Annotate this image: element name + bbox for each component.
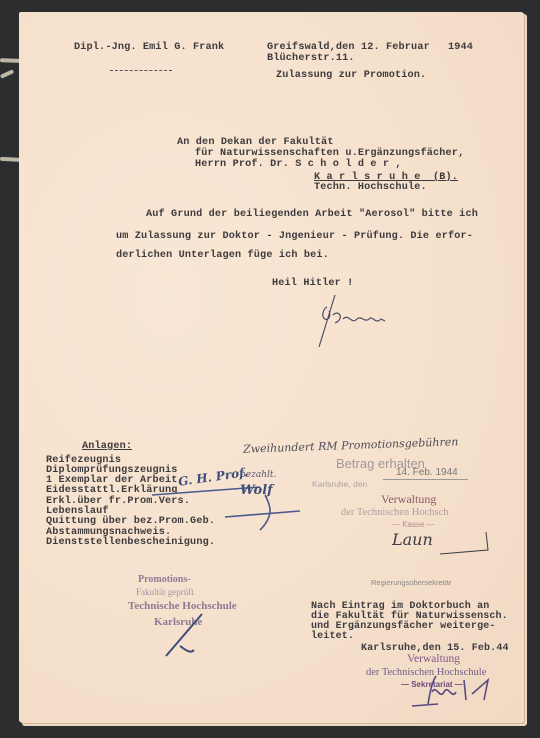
faculty-stamp-pen-stroke bbox=[160, 610, 220, 660]
attachments-title: Anlagen: bbox=[82, 441, 132, 453]
year: 1944 bbox=[448, 42, 473, 54]
payment-stamp-dept: — Kasse — bbox=[392, 520, 435, 529]
sender-street: Blücherstr.11. bbox=[267, 53, 355, 65]
applicant-signature bbox=[315, 295, 395, 355]
registry-line4: leitet. bbox=[311, 631, 354, 643]
sender-name: Dipl.-Jng. Emil G. Frank bbox=[74, 42, 224, 54]
payment-stamp-institution: der Technischen Hochsch bbox=[341, 507, 449, 518]
body-line2: um Zulassung zur Doktor - Jngenieur - Pr… bbox=[116, 231, 473, 243]
binding-thread-loose bbox=[0, 69, 14, 79]
handwritten-signature-2: Wolf bbox=[240, 483, 273, 498]
recipient-line3: Herrn Prof. Dr. S c h o l d e r , bbox=[195, 159, 402, 171]
cashier-role: Regierungsobersekretär bbox=[371, 578, 451, 587]
body-line1: Auf Grund der beiliegenden Arbeit "Aeros… bbox=[146, 209, 478, 221]
recipient-institution: Techn. Hochschule. bbox=[314, 182, 427, 194]
registry-stamp-office: Verwaltung bbox=[407, 653, 460, 665]
cashier-signature: Laun bbox=[392, 530, 433, 549]
closing: Heil Hitler ! bbox=[272, 278, 353, 290]
payment-stamp-place: Karlsruhe, den bbox=[312, 479, 367, 489]
payment-stamp-date-line bbox=[383, 479, 468, 480]
cashier-signature-flourish bbox=[440, 530, 500, 560]
faculty-stamp-line2: Fakultät geprüft bbox=[136, 587, 194, 597]
registry-signature bbox=[408, 670, 498, 710]
faculty-stamp-line1: Promotions- bbox=[138, 574, 191, 585]
payment-stamp-office: Verwaltung bbox=[381, 492, 436, 507]
payment-stamp-date: 14. Feb. 1944 bbox=[396, 467, 458, 478]
sender-divider bbox=[110, 70, 172, 71]
attachment-item: Dienststellenbescheinigung. bbox=[46, 537, 215, 549]
body-line3: derlichen Unterlagen füge ich bei. bbox=[116, 250, 329, 262]
subject-line: Zulassung zur Promotion. bbox=[276, 70, 426, 82]
